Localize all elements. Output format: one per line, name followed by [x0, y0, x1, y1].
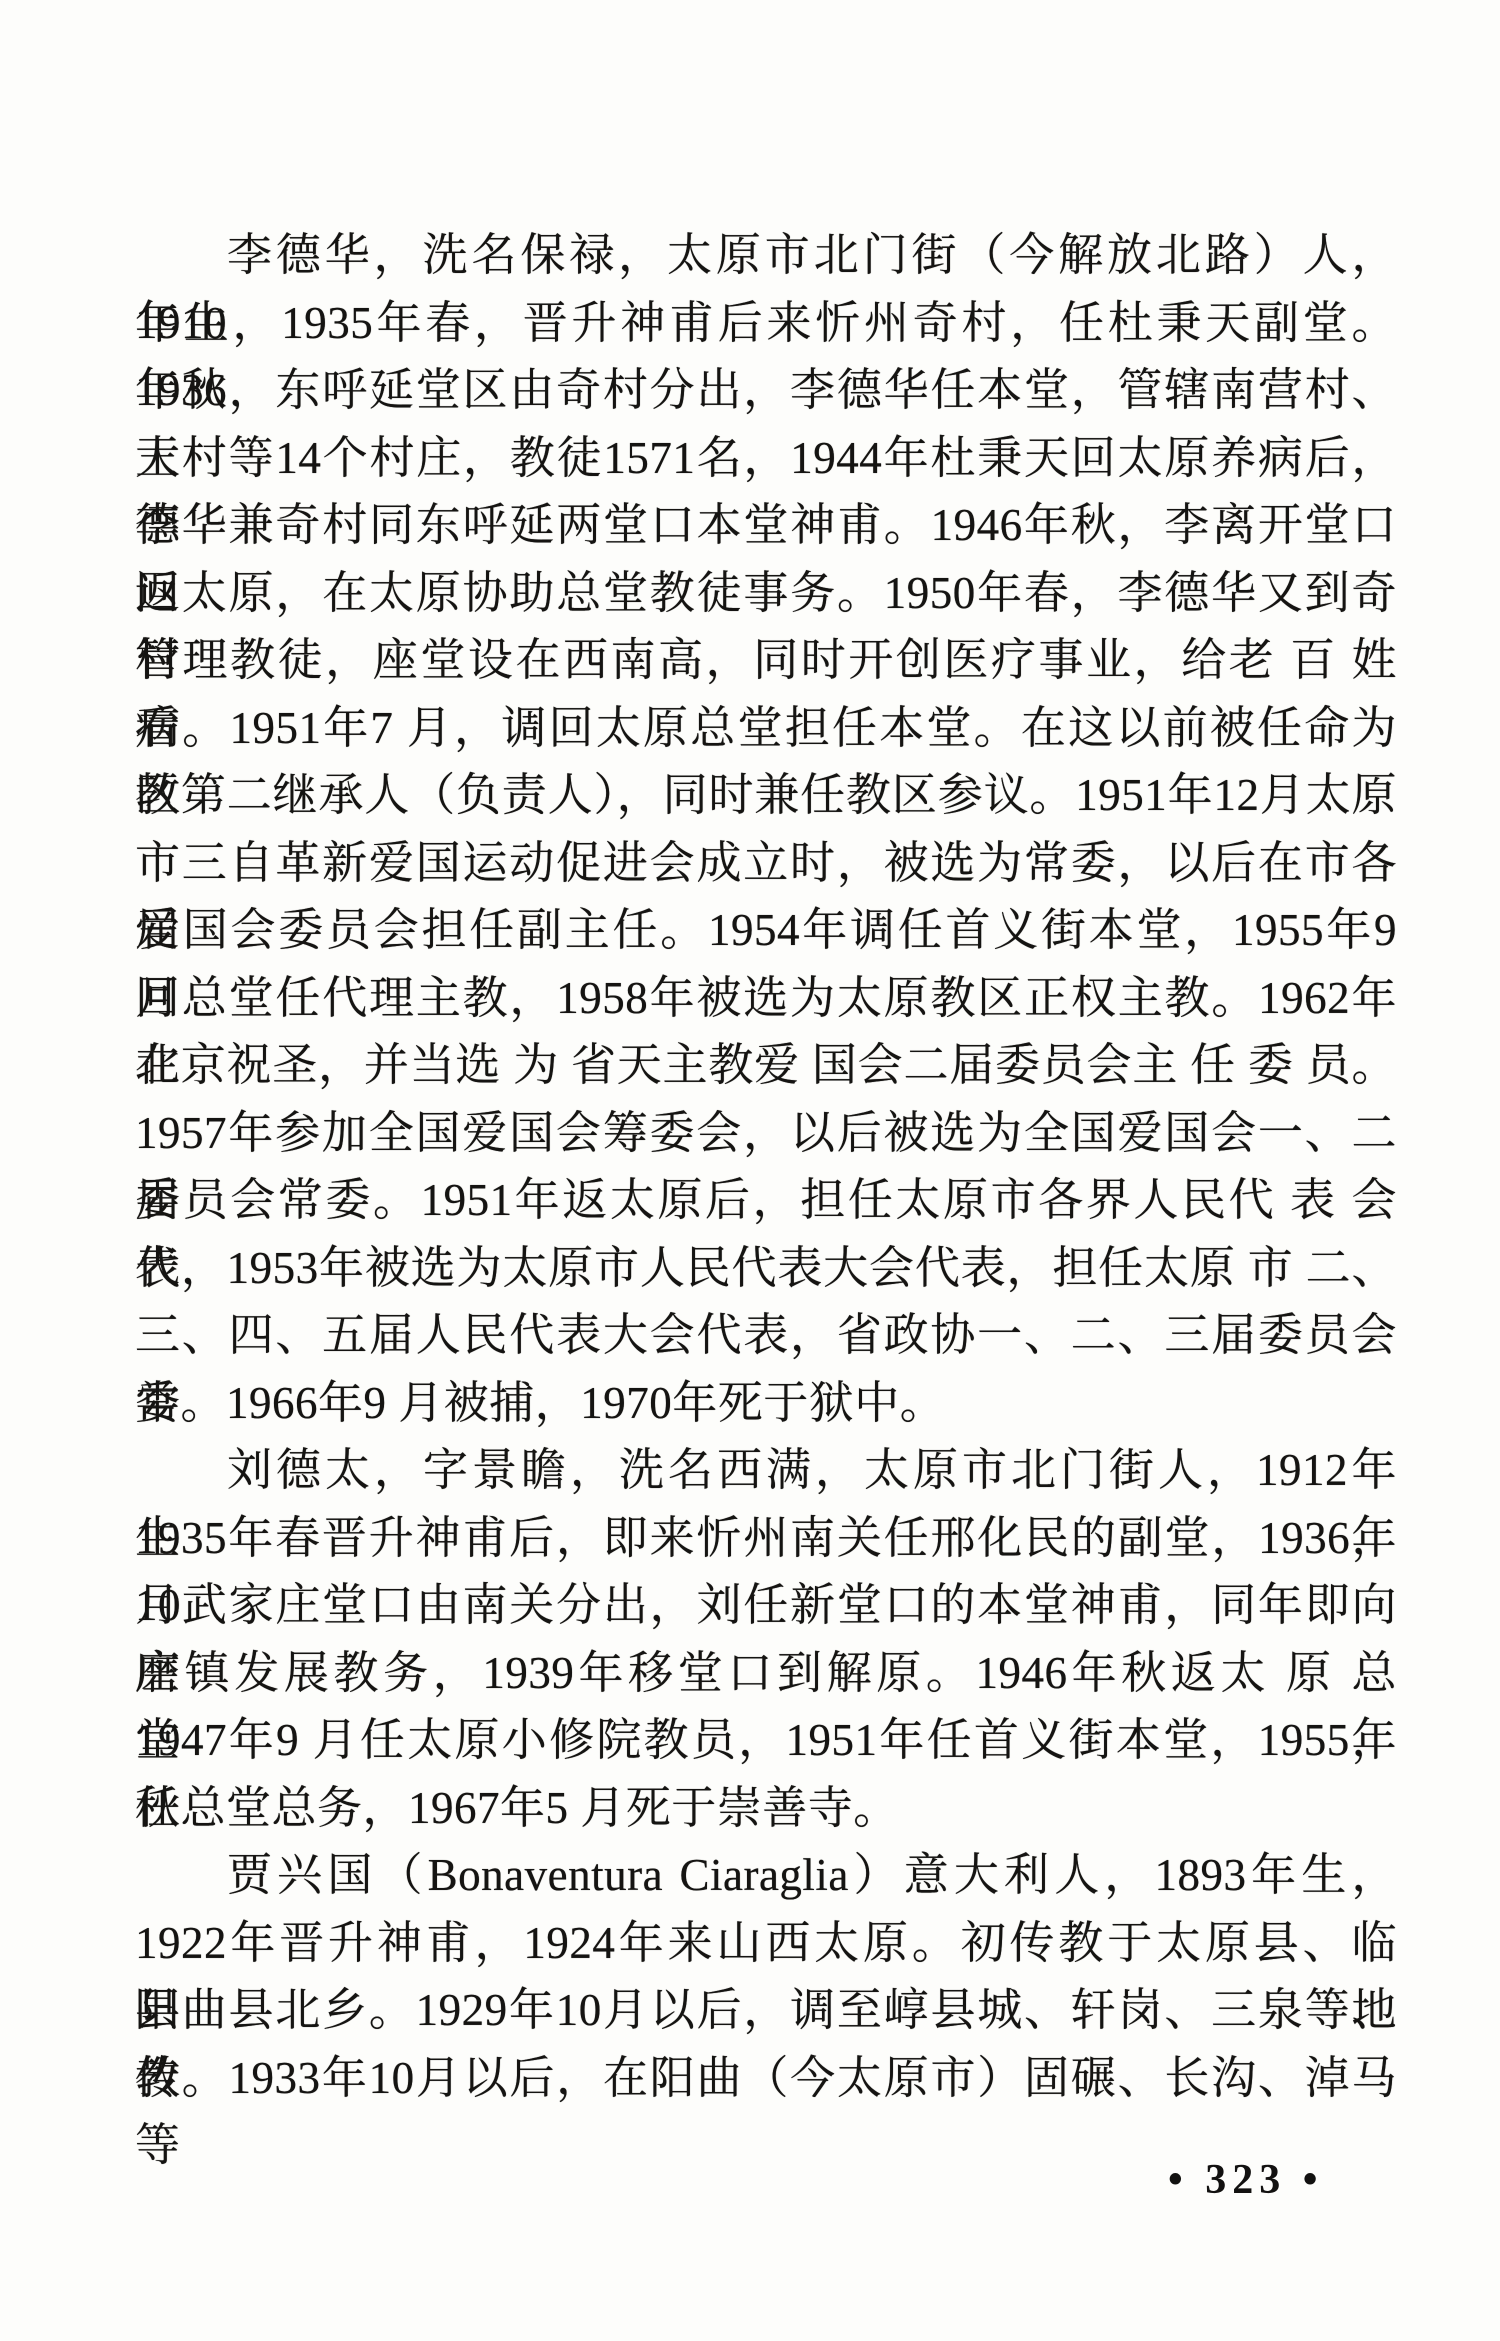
text-line: 年生，1935年春，晋升神甫后来忻州奇村，任杜秉天副堂。1936	[135, 290, 1397, 358]
text-line: 区第二继承人（负责人），同时兼任教区参议。1951年12月太原	[135, 762, 1397, 830]
text-line: 月武家庄堂口由南关分出，刘任新堂口的本堂神甫，同年即向庄	[135, 1572, 1397, 1640]
paragraph: 贾兴国（Bonaventura Ciaraglia）意大利人，1893年生，19…	[135, 1842, 1397, 2112]
text-line: 1947年9 月任太原小修院教员，1951年任首义街本堂，1955年秋	[135, 1707, 1397, 1775]
text-line: 德华兼奇村同东呼延两堂口本堂神甫。1946年秋，李离开堂口返	[135, 492, 1397, 560]
paragraph: 李德华，洗名保禄，太原市北门街（今解放北路）人，1910年生，1935年春，晋升…	[135, 222, 1397, 1437]
text-line: 管理教徒，座堂设在西南高，同时开创医疗事业，给老 百 姓 看	[135, 627, 1397, 695]
text-line: 任总堂总务，1967年5 月死于崇善寺。	[135, 1775, 1397, 1843]
text-line: 阳曲县北乡。1929年10月以后，调至崞县城、轩岗、三泉等地传	[135, 1977, 1397, 2045]
text-line: 教。1933年10月以后，在阳曲（今太原市）固碾、长沟、淖马等	[135, 2045, 1397, 2113]
text-line: 刘德太，字景瞻，洗名西满，太原市北门街人，1912年生，	[135, 1437, 1397, 1505]
text-line: 表，1953年被选为太原市人民代表大会代表，担任太原 市 二、	[135, 1235, 1397, 1303]
text-line: 三、四、五届人民代表大会代表，省政协一、二、三届委员会常	[135, 1302, 1397, 1370]
text-line: 贾兴国（Bonaventura Ciaraglia）意大利人，1893年生，	[135, 1842, 1397, 1910]
text-line: 市三自革新爱国运动促进会成立时，被选为常委，以后在市各届	[135, 830, 1397, 898]
text-line: 1957年参加全国爱国会筹委会，以后被选为全国爱国会一、二届	[135, 1100, 1397, 1168]
text-line: 李德华，洗名保禄，太原市北门街（今解放北路）人，1910	[135, 222, 1397, 290]
text-line: 王村等14个村庄，教徒1571名，1944年杜秉天回太原养病后，李	[135, 425, 1397, 493]
text-line: 1922年晋升神甫，1924年来山西太原。初传教于太原县、临县、	[135, 1910, 1397, 1978]
paragraph: 刘德太，字景瞻，洗名西满，太原市北门街人，1912年生，1935年春晋升神甫后，…	[135, 1437, 1397, 1842]
page-number: • 323 •	[1168, 2156, 1323, 2204]
text-line: 磨镇发展教务，1939年移堂口到解原。1946年秋返太 原 总 堂，	[135, 1640, 1397, 1708]
text-line: 爱国会委员会担任副主任。1954年调任首义街本堂，1955年9 月	[135, 897, 1397, 965]
text-line: 委。1966年9 月被捕，1970年死于狱中。	[135, 1370, 1397, 1438]
text-block: 李德华，洗名保禄，太原市北门街（今解放北路）人，1910年生，1935年春，晋升…	[135, 222, 1397, 2112]
text-line: 委员会常委。1951年返太原后，担任太原市各界人民代 表 会 代	[135, 1167, 1397, 1235]
text-line: 回总堂任代理主教，1958年被选为太原教区正权主教。1962年在	[135, 965, 1397, 1033]
text-line: 病。1951年7 月，调回太原总堂担任本堂。在这以前被任命为教	[135, 695, 1397, 763]
text-line: 1935年春晋升神甫后，即来忻州南关任邢化民的副堂，1936年10	[135, 1505, 1397, 1573]
text-line: 回太原，在太原协助总堂教徒事务。1950年春，李德华又到奇村	[135, 560, 1397, 628]
text-line: 年秋，东呼延堂区由奇村分出，李德华任本堂，管辖南营村、大	[135, 357, 1397, 425]
text-line: 北京祝圣，并当选 为 省天主教爱 国会二届委员会主 任 委 员。	[135, 1032, 1397, 1100]
scanned-page: 李德华，洗名保禄，太原市北门街（今解放北路）人，1910年生，1935年春，晋升…	[0, 0, 1500, 2341]
